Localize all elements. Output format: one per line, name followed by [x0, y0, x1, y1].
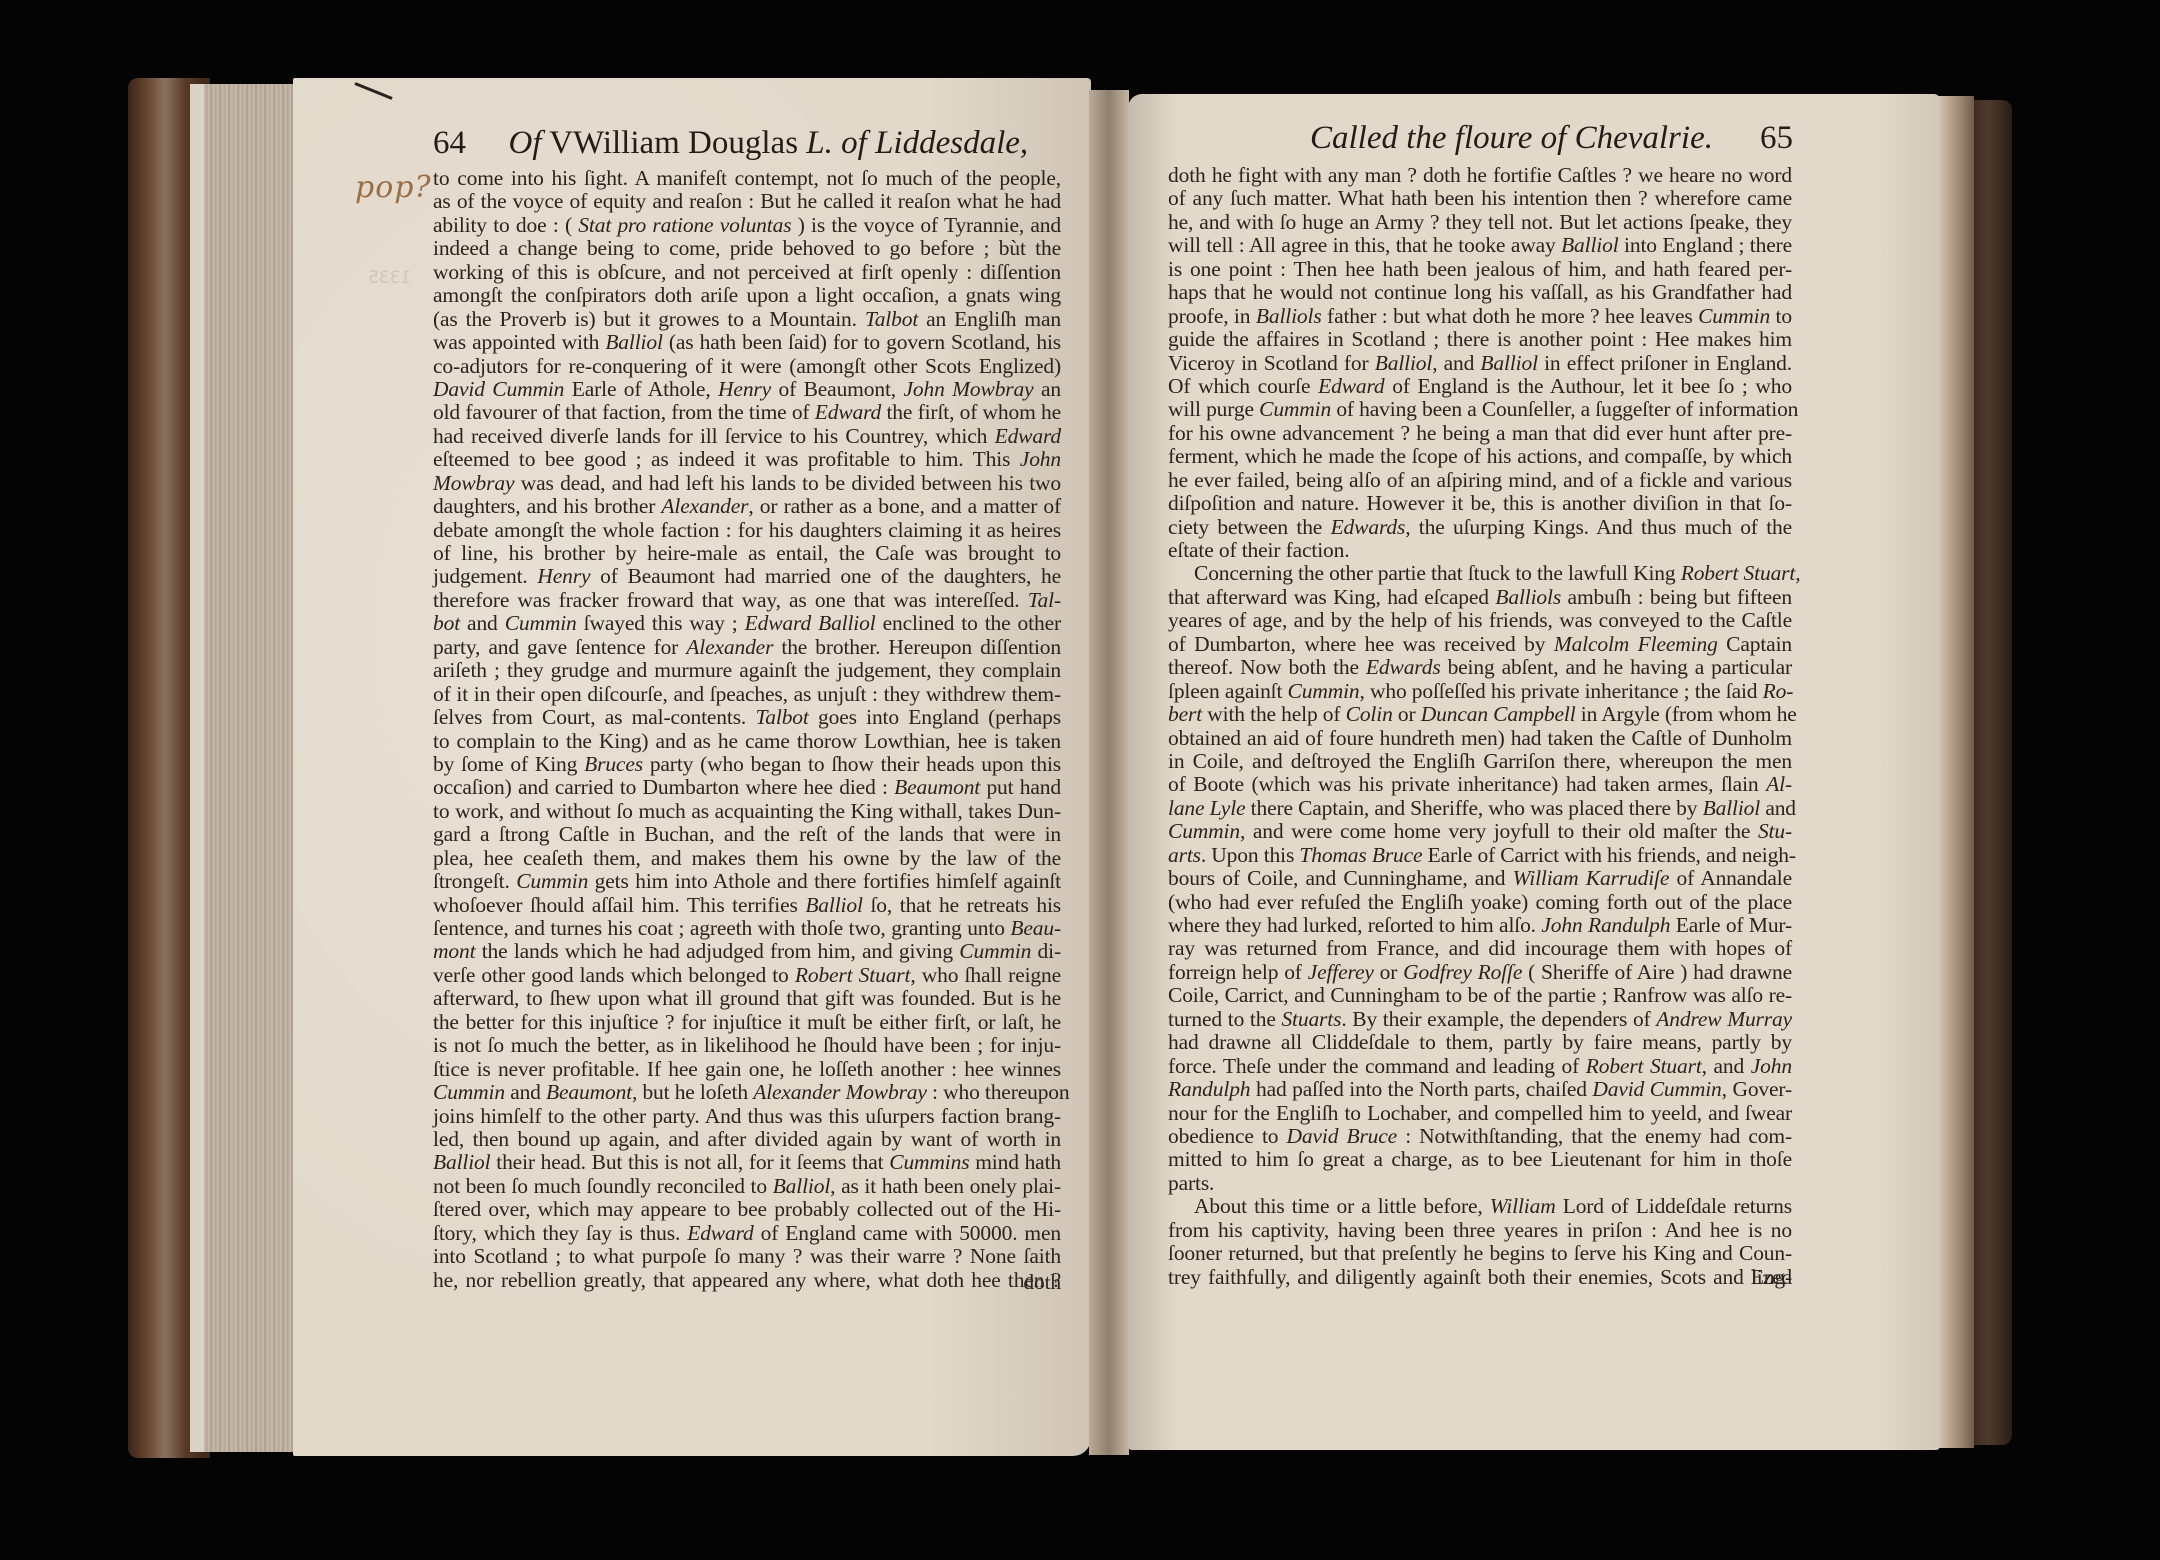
- text-run: plea, hee ceaſeth them, and makes them h…: [433, 846, 1061, 870]
- text-run: ſtered over, which may appeare to bee pr…: [433, 1197, 1061, 1221]
- running-head-of: Of: [509, 125, 542, 161]
- text-run: (who had ever refuſed the Engliſh yoake)…: [1168, 890, 1792, 914]
- text-run: gard a ſtrong Caſtle in Buchan, and the …: [433, 822, 1061, 846]
- text-line: daughters, and his brother Alexander, or…: [433, 495, 1061, 518]
- text-line: party, and gave ſentence for Alexander t…: [433, 636, 1061, 659]
- left-page-number: 64: [433, 125, 466, 161]
- text-run: daughters, and his brother: [433, 494, 661, 518]
- text-line: for his owne advancement ? he being a ma…: [1168, 422, 1792, 445]
- left-catchword: doth: [433, 1271, 1061, 1294]
- text-run: doth he fight with any man ? doth he for…: [1168, 163, 1792, 187]
- text-run: and: [460, 611, 505, 635]
- text-line: whoſoever ſhould aſſail him. This terrif…: [433, 894, 1061, 917]
- text-run: or: [1374, 960, 1403, 984]
- text-line: ſtice is never profitable. If hee gain o…: [433, 1058, 1061, 1081]
- italic-name: Jefferey: [1308, 960, 1374, 984]
- italic-name: Balliol: [1480, 351, 1537, 375]
- text-run: of Dumbarton, where hee was received by: [1168, 632, 1554, 656]
- text-line: eſteemed to bee good ; as indeed it was …: [433, 448, 1061, 471]
- text-run: , and were come home very joyfull to the…: [1240, 819, 1758, 843]
- text-line: David Cummin Earle of Athole, Henry of B…: [433, 378, 1061, 401]
- text-line: forreign help of Jefferey or Godfrey Roſ…: [1168, 961, 1792, 984]
- italic-name: Mowbray: [433, 471, 514, 495]
- text-run: Of which courſe: [1168, 374, 1318, 398]
- text-run: of Boote (which was his private inherita…: [1168, 772, 1766, 796]
- text-run: an Engliſh man: [918, 307, 1061, 331]
- italic-name: mont: [433, 939, 475, 963]
- italic-name: Duncan Campbell: [1421, 702, 1576, 726]
- text-run: Earle of Athole,: [564, 377, 718, 401]
- text-run: that afterward was King, had eſcaped: [1168, 585, 1495, 609]
- italic-name: Balliol: [605, 330, 662, 354]
- text-run: co-adjutors for re-conquering of it were…: [433, 354, 1061, 378]
- text-line: haps that he would not continue long his…: [1168, 281, 1792, 304]
- text-run: working of this is obſcure, and not perc…: [433, 260, 1061, 284]
- text-line: eſtate of their faction.: [1168, 539, 1792, 562]
- italic-name: John Mowbray: [903, 377, 1033, 401]
- italic-name: Al-: [1766, 772, 1792, 796]
- text-line: obtained an aid of foure hundreth men) h…: [1168, 727, 1792, 750]
- text-line: old favourer of that faction, from the t…: [433, 401, 1061, 424]
- italic-name: Edward: [687, 1221, 753, 1245]
- text-run: obedience to: [1168, 1124, 1287, 1148]
- italic-name: Beaumont: [546, 1080, 632, 1104]
- text-line: Cummin, and were come home very joyfull …: [1168, 820, 1792, 843]
- text-line: verſe other good lands which belonged to…: [433, 964, 1061, 987]
- italic-name: Balliol: [773, 1174, 830, 1198]
- italic-name: Cummin: [1698, 304, 1770, 328]
- text-line: (who had ever refuſed the Engliſh yoake)…: [1168, 891, 1792, 914]
- text-run: led, then bound up again, and after divi…: [433, 1127, 1061, 1151]
- text-run: with the help of: [1202, 702, 1346, 726]
- text-run: gets him into Athole and there fortifies…: [588, 869, 1061, 893]
- text-run: ſtice is never profitable. If hee gain o…: [433, 1057, 1061, 1081]
- text-line: judgement. Henry of Beaumont had married…: [433, 565, 1061, 588]
- text-run: , but he loſeth: [632, 1080, 753, 1104]
- text-line: Of which courſe Edward of England is the…: [1168, 375, 1792, 398]
- text-line: ſtory, which they ſay is thus. Edward of…: [433, 1222, 1061, 1245]
- text-run: or: [1393, 702, 1421, 726]
- text-run: Viceroy in Scotland for: [1168, 351, 1375, 375]
- text-line: Cummin and Beaumont, but he loſeth Alexa…: [433, 1081, 1061, 1104]
- italic-name: Beaumont: [894, 775, 980, 799]
- text-line: parts.: [1168, 1172, 1792, 1195]
- text-line: force. Theſe under the command and leadi…: [1168, 1055, 1792, 1078]
- italic-name: Henry: [537, 564, 590, 588]
- italic-name: Bruces: [584, 752, 643, 776]
- text-run: as of the voyce of equity and reaſon : B…: [433, 189, 1061, 213]
- text-run: ariſeth ; they grudge and murmure againſ…: [433, 658, 1061, 682]
- text-run: whoſoever ſhould aſſail him. This terrif…: [433, 893, 805, 917]
- text-line: turned to the Stuarts. By their example,…: [1168, 1008, 1792, 1031]
- text-run: yeares of age, and by the help of his fr…: [1168, 608, 1792, 632]
- text-run: ( Sheriffe of Aire ) had drawne: [1522, 960, 1792, 984]
- book-gutter: [1089, 90, 1129, 1455]
- italic-name: Robert Stuart: [1681, 561, 1796, 585]
- text-line: (as the Proverb is) but it growes to a M…: [433, 308, 1061, 331]
- text-line: proofe, in Balliols father : but what do…: [1168, 305, 1792, 328]
- text-line: in Coile, and deſtroyed the Engliſh Garr…: [1168, 750, 1792, 773]
- left-running-head: 64 Of VWilliam Douglas L. of Liddesdale,: [433, 127, 1028, 160]
- italic-name: Stu-: [1758, 819, 1792, 843]
- text-line: indeed a change being to come, pride beh…: [433, 237, 1061, 260]
- text-run: is not ſo much the better, as in likelih…: [433, 1033, 1061, 1057]
- book-left-page-stack: [190, 84, 309, 1452]
- italic-name: Ro-: [1763, 679, 1794, 703]
- text-line: he ever failed, being alſo of an aſpirin…: [1168, 469, 1792, 492]
- text-line: that afterward was King, had eſcaped Bal…: [1168, 586, 1792, 609]
- text-line: ariſeth ; they grudge and murmure againſ…: [433, 659, 1061, 682]
- text-line: of Boote (which was his private inherita…: [1168, 773, 1792, 796]
- text-run: haps that he would not continue long his…: [1168, 280, 1792, 304]
- text-run: (as hath been ſaid) for to govern Scotla…: [663, 330, 1061, 354]
- italic-name: David Cummin: [433, 377, 564, 401]
- text-line: ſooner returned, but that preſently he b…: [1168, 1242, 1792, 1265]
- text-run: Concerning the other partie that ſtuck t…: [1194, 561, 1681, 585]
- text-run: the firſt, of whom he: [881, 400, 1061, 424]
- text-run: had drawne all Cliddeſdale to them, part…: [1168, 1030, 1792, 1054]
- italic-name: Edward: [995, 424, 1061, 448]
- italic-name: Cummin: [1259, 397, 1331, 421]
- text-run: ſelves from Court, as mal-contents.: [433, 705, 755, 729]
- italic-name: Cummin: [433, 1080, 505, 1104]
- text-run: will tell : All agree in this, that he t…: [1168, 233, 1561, 257]
- text-run: ) is the voyce of Tyrannie, and: [791, 213, 1061, 237]
- text-run: by ſome of King: [433, 752, 584, 776]
- italic-name: Alexander: [686, 635, 773, 659]
- text-run: ſwayed this way ;: [577, 611, 745, 635]
- italic-name: bot: [433, 611, 460, 635]
- italic-name: lane Lyle: [1168, 796, 1245, 820]
- text-line: is one point : Then hee hath been jealou…: [1168, 258, 1792, 281]
- italic-name: Balliol: [1561, 233, 1618, 257]
- text-run: of England came with 50000. men: [754, 1221, 1061, 1245]
- text-line: as of the voyce of equity and reaſon : B…: [433, 190, 1061, 213]
- text-run: parts.: [1168, 1171, 1214, 1195]
- text-line: of any ſuch matter. What hath been his i…: [1168, 187, 1792, 210]
- text-line: afterward, to ſhew upon what ill ground …: [433, 987, 1061, 1010]
- italic-name: Cummin: [1168, 819, 1240, 843]
- text-run: party (who began to ſhow their heads upo…: [643, 752, 1061, 776]
- italic-name: David Bruce: [1287, 1124, 1398, 1148]
- italic-name: Balliol: [1703, 796, 1760, 820]
- text-run: the lands which he had adjudged from him…: [475, 939, 959, 963]
- text-line: thereof. Now both the Edwards being abſe…: [1168, 656, 1792, 679]
- italic-name: Thomas Bruce: [1299, 843, 1422, 867]
- text-run: there Captain, and Sheriffe, who was pla…: [1245, 796, 1702, 820]
- book-right-cover: [1972, 100, 2012, 1445]
- text-run: joins himſelf to the other party. And th…: [433, 1104, 1061, 1128]
- text-line: Randulph had paſſed into the North parts…: [1168, 1078, 1792, 1101]
- text-run: the brother. Hereupon diſſention: [773, 635, 1061, 659]
- text-line: from his captivity, having been three ye…: [1168, 1219, 1792, 1242]
- text-run: , Gover-: [1722, 1077, 1792, 1101]
- text-run: in Argyle (from whom he: [1576, 702, 1797, 726]
- text-line: nour for the Engliſh to Lochaber, and co…: [1168, 1102, 1792, 1125]
- text-line: bot and Cummin ſwayed this way ; Edward …: [433, 612, 1061, 635]
- text-run: Coile, Carrict, and Cunningham to be of …: [1168, 983, 1792, 1007]
- text-run: ray was returned from France, and did in…: [1168, 936, 1792, 960]
- italic-name: Alexander Mowbray: [753, 1080, 927, 1104]
- text-line: yeares of age, and by the help of his fr…: [1168, 609, 1792, 632]
- text-line: doth he fight with any man ? doth he for…: [1168, 164, 1792, 187]
- italic-name: bert: [1168, 702, 1202, 726]
- text-run: . Upon this: [1201, 843, 1300, 867]
- italic-name: John Randulph: [1541, 913, 1670, 937]
- text-run: Captain: [1718, 632, 1792, 656]
- italic-name: Balliols: [1256, 304, 1322, 328]
- text-run: was appointed with: [433, 330, 605, 354]
- italic-name: Balliols: [1495, 585, 1561, 609]
- text-line: amongſt the conſpirators doth ariſe upon…: [433, 284, 1061, 307]
- text-run: obtained an aid of foure hundreth men) h…: [1168, 726, 1792, 750]
- text-run: he, and with ſo huge an Army ? they tell…: [1168, 210, 1792, 234]
- right-page-number: 65: [1760, 122, 1793, 155]
- text-run: and: [1760, 796, 1796, 820]
- text-run: enclined to the other: [876, 611, 1061, 635]
- italic-name: Balliol: [433, 1150, 490, 1174]
- text-run: had paſſed into the North parts, chaiſed: [1250, 1077, 1592, 1101]
- text-run: afterward, to ſhew upon what ill ground …: [433, 986, 1061, 1010]
- text-run: Lord of Liddeſdale returns: [1556, 1194, 1792, 1218]
- text-line: mitted to him ſo great a charge, as to b…: [1168, 1148, 1792, 1171]
- text-run: indeed a change being to come, pride beh…: [433, 236, 1061, 260]
- italic-name: Cummin: [505, 611, 577, 635]
- text-run: proofe, in: [1168, 304, 1256, 328]
- italic-name: Stat pro ratione voluntas: [578, 213, 791, 237]
- text-line: ray was returned from France, and did in…: [1168, 937, 1792, 960]
- italic-name: Cummin: [1288, 679, 1360, 703]
- italic-name: Robert Stuart: [795, 963, 910, 987]
- text-line: mont the lands which he had adjudged fro…: [433, 940, 1061, 963]
- text-run: of line, his brother by heire-male as en…: [433, 541, 1061, 565]
- text-run: put hand: [980, 775, 1061, 799]
- catchword-text: doth: [433, 1271, 1061, 1294]
- italic-name: Robert Stuart: [1586, 1054, 1702, 1078]
- running-head-title: L. of Liddesdale,: [806, 125, 1028, 161]
- text-run: force. Theſe under the command and leadi…: [1168, 1054, 1586, 1078]
- text-line: ſtrongeſt. Cummin gets him into Athole a…: [433, 870, 1061, 893]
- running-head-name: VWilliam Douglas: [549, 125, 798, 161]
- text-run: had received diverſe lands for ill ſervi…: [433, 424, 995, 448]
- text-run: in effect priſoner in England.: [1538, 351, 1792, 375]
- text-run: from his captivity, having been three ye…: [1168, 1218, 1792, 1242]
- book-right-page-stack: [1938, 96, 1974, 1448]
- text-run: in Coile, and deſtroyed the Engliſh Garr…: [1168, 749, 1792, 773]
- italic-name: Balliol: [1375, 351, 1432, 375]
- text-line: occaſion) and carried to Dumbarton where…: [433, 776, 1061, 799]
- text-line: where they had lurked, reſorted to him a…: [1168, 914, 1792, 937]
- text-run: ability to doe : (: [433, 213, 578, 237]
- text-line: of it in their open diſcourſe, and ſpeac…: [433, 683, 1061, 706]
- text-line: debate amongſt the whole faction : for h…: [433, 519, 1061, 542]
- italic-name: Balliol: [805, 893, 862, 917]
- right-page-body-text: doth he fight with any man ? doth he for…: [1168, 164, 1792, 1289]
- text-run: , the uſurping Kings. And thus much of t…: [1405, 515, 1792, 539]
- text-run: to complain to the King) and as he came …: [433, 729, 1061, 753]
- text-run: and: [505, 1080, 546, 1104]
- text-run: goes into England (perhaps: [809, 705, 1061, 729]
- italic-name: Beau-: [1010, 916, 1061, 940]
- text-run: , who ſhall reigne: [910, 963, 1061, 987]
- handwritten-marginal-note: pop?: [355, 170, 432, 205]
- text-run: father : but what doth he more ? hee lea…: [1322, 304, 1699, 328]
- text-line: obedience to David Bruce : Notwithſtandi…: [1168, 1125, 1792, 1148]
- italic-name: Edward: [815, 400, 881, 424]
- text-run: , or rather as a bone, and a matter of: [748, 494, 1061, 518]
- italic-name: William: [1490, 1194, 1556, 1218]
- text-run: mind hath: [969, 1150, 1061, 1174]
- text-run: will purge: [1168, 397, 1259, 421]
- italic-name: Cummin: [959, 939, 1031, 963]
- text-line: ſtered over, which may appeare to bee pr…: [433, 1198, 1061, 1221]
- text-run: mitted to him ſo great a charge, as to b…: [1168, 1147, 1792, 1171]
- italic-name: Edward: [1318, 374, 1384, 398]
- text-line: will purge Cummin of having been a Counſ…: [1168, 398, 1792, 421]
- bleed-through-mark: 1335: [368, 268, 411, 288]
- text-run: thereof. Now both the: [1168, 655, 1366, 679]
- text-line: into Scotland ; to what purpoſe ſo many …: [433, 1245, 1061, 1268]
- text-run: ,: [1795, 561, 1800, 585]
- text-run: : who thereupon: [927, 1080, 1070, 1104]
- text-run: (as the Proverb is) but it growes to a M…: [433, 307, 865, 331]
- text-run: ciety between the: [1168, 515, 1331, 539]
- text-run: of Beaumont had married one of the daugh…: [590, 564, 1061, 588]
- text-run: , and: [1702, 1054, 1751, 1078]
- text-run: to work, and without ſo much as acquaint…: [433, 799, 1061, 823]
- text-run: to come into his ſight. A manifeſt conte…: [433, 166, 1061, 190]
- text-run: ſtory, which they ſay is thus.: [433, 1221, 687, 1245]
- text-line: therefore was fracker froward that way, …: [433, 589, 1061, 612]
- text-line: guide the affaires in Scotland ; there i…: [1168, 328, 1792, 351]
- left-page-body-text: to come into his ſight. A manifeſt conte…: [433, 167, 1061, 1292]
- italic-name: Talbot: [755, 705, 808, 729]
- text-line: was appointed with Balliol (as hath been…: [433, 331, 1061, 354]
- text-run: bours of Coile, and Cunninghame, and: [1168, 866, 1513, 890]
- italic-name: Godfrey Roſſe: [1403, 960, 1522, 984]
- text-run: eſtate of their faction.: [1168, 538, 1349, 562]
- text-line: had drawne all Cliddeſdale to them, part…: [1168, 1031, 1792, 1054]
- italic-name: Cummin: [516, 869, 588, 893]
- text-run: , and: [1432, 351, 1480, 375]
- text-run: eſteemed to bee good ; as indeed it was …: [433, 447, 1020, 471]
- text-run: Earle of Mur-: [1670, 913, 1792, 937]
- italic-name: John: [1020, 447, 1061, 471]
- text-run: ſpleen againſt: [1168, 679, 1288, 703]
- text-run: of England is the Authour, let it bee ſo…: [1385, 374, 1792, 398]
- text-run: of Annandale: [1669, 866, 1792, 890]
- text-run: . By their example, the dependers of: [1341, 1007, 1656, 1031]
- text-run: Earle of Carrict with his friends, and n…: [1422, 843, 1795, 867]
- running-head-title: Called the floure of Chevalrie.: [1310, 120, 1713, 156]
- text-line: diſpoſition and nature. However it be, t…: [1168, 492, 1792, 515]
- text-run: where they had lurked, reſorted to him a…: [1168, 913, 1541, 937]
- right-catchword: lized: [1168, 1266, 1792, 1289]
- text-run: diſpoſition and nature. However it be, t…: [1168, 491, 1792, 515]
- italic-name: Edward Balliol: [745, 611, 876, 635]
- text-line: Viceroy in Scotland for Balliol, and Bal…: [1168, 352, 1792, 375]
- text-run: occaſion) and carried to Dumbarton where…: [433, 775, 894, 799]
- italic-name: William Karrudiſe: [1513, 866, 1670, 890]
- text-run: nour for the Engliſh to Lochaber, and co…: [1168, 1101, 1792, 1125]
- text-run: ſentence, and turnes his coat ; agreeth …: [433, 916, 1010, 940]
- italic-name: Edwards: [1366, 655, 1441, 679]
- text-run: ſtrongeſt.: [433, 869, 516, 893]
- catchword-text: lized: [1168, 1266, 1792, 1289]
- text-line: plea, hee ceaſeth them, and makes them h…: [433, 847, 1061, 870]
- italic-name: Randulph: [1168, 1077, 1250, 1101]
- text-run: therefore was fracker froward that way, …: [433, 588, 1028, 612]
- text-run: being abſent, and he having a particular: [1441, 655, 1792, 679]
- text-run: an: [1034, 377, 1061, 401]
- text-line: to come into his ſight. A manifeſt conte…: [433, 167, 1061, 190]
- text-run: ferment, which he made the ſcope of his …: [1168, 444, 1792, 468]
- text-line: not been ſo much ſoundly reconciled to B…: [433, 1175, 1061, 1198]
- text-line: ſentence, and turnes his coat ; agreeth …: [433, 917, 1061, 940]
- italic-name: Stuarts: [1281, 1007, 1341, 1031]
- text-line: Coile, Carrict, and Cunningham to be of …: [1168, 984, 1792, 1007]
- text-run: forreign help of: [1168, 960, 1308, 984]
- text-line: ciety between the Edwards, the uſurping …: [1168, 516, 1792, 539]
- text-run: ambuſh : being but fifteen: [1561, 585, 1792, 609]
- italic-name: Tal-: [1028, 588, 1061, 612]
- text-run: is one point : Then hee hath been jealou…: [1168, 257, 1792, 281]
- italic-name: Malcolm Fleeming: [1554, 632, 1718, 656]
- text-line: Balliol their head. But this is not all,…: [433, 1151, 1061, 1174]
- text-run: di-: [1031, 939, 1061, 963]
- italic-name: John: [1751, 1054, 1792, 1078]
- text-line: co-adjutors for re-conquering of it were…: [433, 355, 1061, 378]
- text-run: party, and gave ſentence for: [433, 635, 686, 659]
- text-run: was dead, and had left his lands to be d…: [514, 471, 1061, 495]
- text-run: judgement.: [433, 564, 537, 588]
- italic-name: arts: [1168, 843, 1201, 867]
- text-line: to work, and without ſo much as acquaint…: [433, 800, 1061, 823]
- text-line: will tell : All agree in this, that he t…: [1168, 234, 1792, 257]
- text-run: of it in their open diſcourſe, and ſpeac…: [433, 682, 1061, 706]
- text-line: Mowbray was dead, and had left his lands…: [433, 472, 1061, 495]
- italic-name: Colin: [1346, 702, 1393, 726]
- text-line: by ſome of King Bruces party (who began …: [433, 753, 1061, 776]
- text-run: ſooner returned, but that preſently he b…: [1168, 1241, 1792, 1265]
- text-line: had received diverſe lands for ill ſervi…: [433, 425, 1061, 448]
- text-run: into Scotland ; to what purpoſe ſo many …: [433, 1244, 1061, 1268]
- text-run: debate amongſt the whole faction : for h…: [433, 518, 1061, 542]
- italic-name: David Cummin: [1592, 1077, 1721, 1101]
- text-line: ability to doe : ( Stat pro ratione volu…: [433, 214, 1061, 237]
- text-line: joins himſelf to the other party. And th…: [433, 1105, 1061, 1128]
- italic-name: Henry: [718, 377, 771, 401]
- text-line: ſpleen againſt Cummin, who poſſeſſed his…: [1168, 680, 1792, 703]
- text-run: turned to the: [1168, 1007, 1281, 1031]
- text-run: he ever failed, being alſo of an aſpirin…: [1168, 468, 1792, 492]
- text-line: lane Lyle there Captain, and Sheriffe, w…: [1168, 797, 1792, 820]
- text-line: the better for this injuſtice ? for inju…: [433, 1011, 1061, 1034]
- text-run: the better for this injuſtice ? for inju…: [433, 1010, 1061, 1034]
- text-line: of Dumbarton, where hee was received by …: [1168, 633, 1792, 656]
- text-line: ferment, which he made the ſcope of his …: [1168, 445, 1792, 468]
- text-line: of line, his brother by heire-male as en…: [433, 542, 1061, 565]
- text-run: , who poſſeſſed his private inheritance …: [1360, 679, 1763, 703]
- text-run: : Notwithſtanding, that the enemy had co…: [1397, 1124, 1792, 1148]
- text-run: into England ; there: [1619, 233, 1792, 257]
- text-run: verſe other good lands which belonged to: [433, 963, 795, 987]
- text-line: bours of Coile, and Cunninghame, and Wil…: [1168, 867, 1792, 890]
- text-line: Concerning the other partie that ſtuck t…: [1168, 562, 1792, 585]
- italic-name: Cummins: [889, 1150, 969, 1174]
- text-line: gard a ſtrong Caſtle in Buchan, and the …: [433, 823, 1061, 846]
- right-running-head: Called the floure of Chevalrie.: [1310, 122, 1713, 155]
